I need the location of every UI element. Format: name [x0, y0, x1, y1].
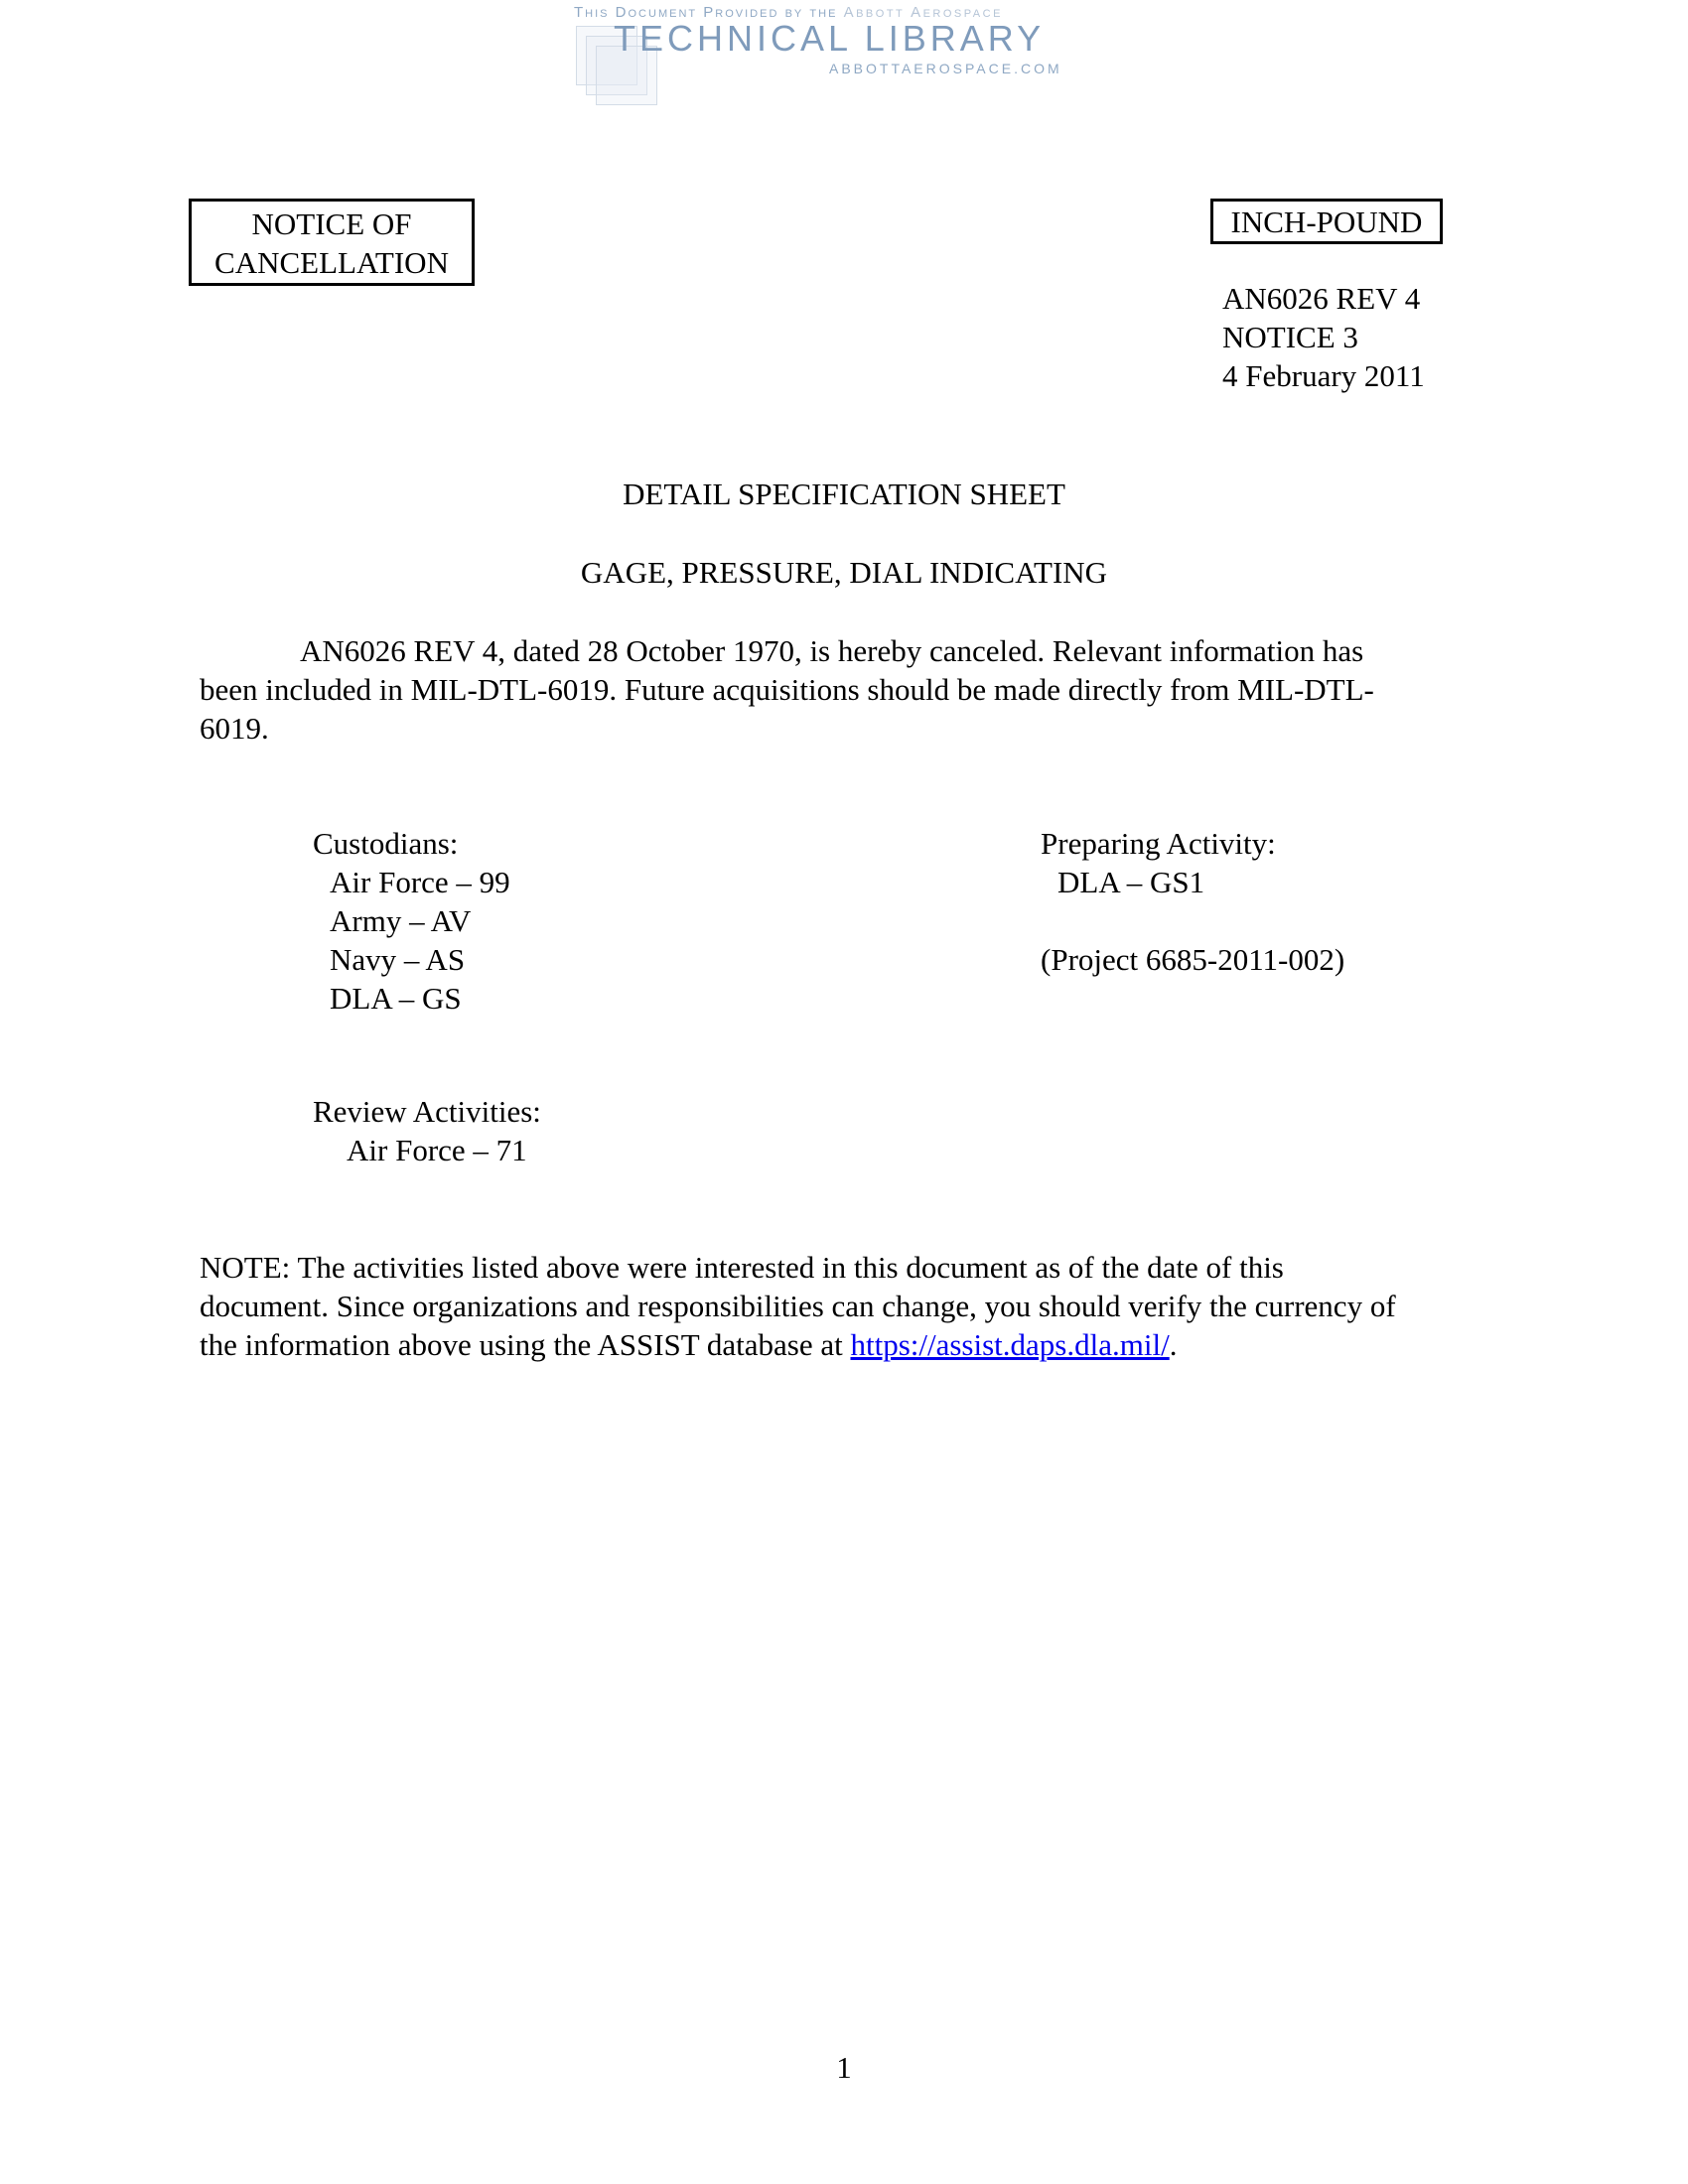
custodians-heading: Custodians:: [313, 824, 510, 863]
paragraph-line: 6019.: [200, 709, 1530, 748]
preparing-activity-value: DLA – GS1: [1041, 863, 1344, 901]
document-type-title: DETAIL SPECIFICATION SHEET: [0, 475, 1688, 513]
paragraph-line: been included in MIL-DTL-6019. Future ac…: [200, 670, 1530, 709]
custodian-item: Navy – AS: [330, 940, 510, 979]
document-identification: AN6026 REV 4 NOTICE 3 4 February 2011: [1222, 279, 1425, 395]
watermark-header: This Document Provided by the Abbott Aer…: [566, 4, 1102, 103]
note-line: document. Since organizations and respon…: [200, 1287, 1530, 1325]
review-activities-section: Review Activities: Air Force – 71: [313, 1092, 541, 1169]
notice-box-line2: CANCELLATION: [192, 243, 472, 282]
custodian-item: Air Force – 99: [330, 863, 510, 901]
custodians-section: Custodians: Air Force – 99 Army – AV Nav…: [313, 824, 510, 1018]
note-paragraph: NOTE: The activities listed above were i…: [200, 1248, 1530, 1364]
custodian-item: DLA – GS: [330, 979, 510, 1018]
preparing-activity-heading: Preparing Activity:: [1041, 824, 1344, 863]
document-subject-title: GAGE, PRESSURE, DIAL INDICATING: [0, 553, 1688, 592]
page-number: 1: [0, 2048, 1688, 2087]
notice-of-cancellation-box: NOTICE OF CANCELLATION: [189, 199, 475, 286]
custodian-item: Army – AV: [330, 901, 510, 940]
notice-date: 4 February 2011: [1222, 356, 1425, 395]
assist-database-link[interactable]: https://assist.daps.dla.mil/: [850, 1327, 1169, 1362]
note-line-end: .: [1170, 1327, 1178, 1362]
watermark-url: ABBOTTAEROSPACE.COM: [829, 61, 1062, 76]
cancellation-paragraph: AN6026 REV 4, dated 28 October 1970, is …: [200, 631, 1530, 748]
notice-box-line1: NOTICE OF: [192, 205, 472, 243]
inch-pound-box: INCH-POUND: [1210, 199, 1443, 244]
notice-number: NOTICE 3: [1222, 318, 1425, 356]
review-activities-heading: Review Activities:: [313, 1092, 541, 1131]
note-line-text: the information above using the ASSIST d…: [200, 1327, 850, 1362]
preparing-activity-section: Preparing Activity: DLA – GS1 (Project 6…: [1041, 824, 1344, 979]
review-activity-item: Air Force – 71: [313, 1131, 541, 1169]
document-id: AN6026 REV 4: [1222, 279, 1425, 318]
project-number: (Project 6685-2011-002): [1041, 940, 1344, 979]
watermark-title: TECHNICAL LIBRARY: [614, 18, 1045, 60]
note-line: the information above using the ASSIST d…: [200, 1325, 1530, 1364]
note-line: NOTE: The activities listed above were i…: [200, 1248, 1530, 1287]
paragraph-line: AN6026 REV 4, dated 28 October 1970, is …: [300, 633, 1363, 668]
